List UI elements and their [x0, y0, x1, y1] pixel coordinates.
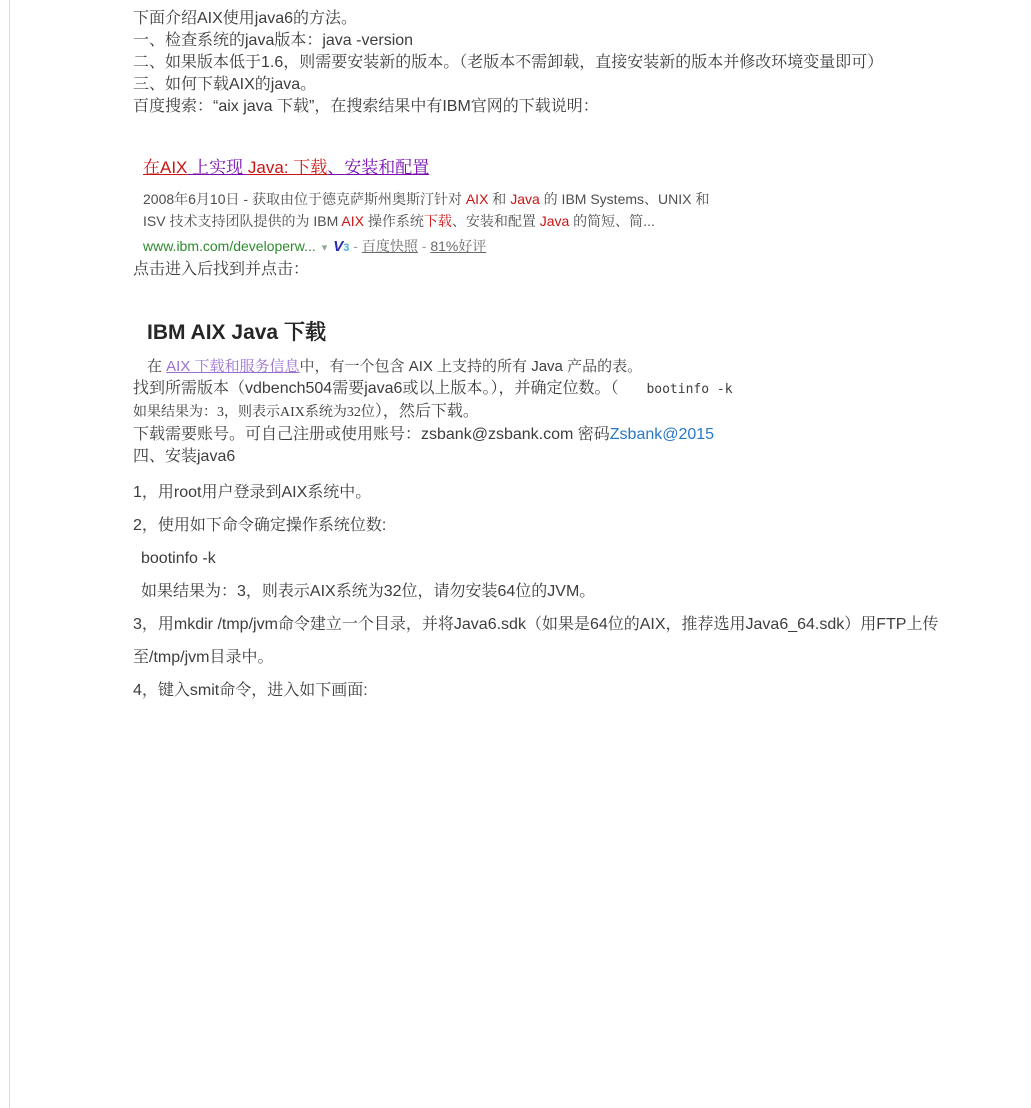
bootinfo-command-line: bootinfo -k	[141, 542, 995, 575]
separator: -	[349, 238, 361, 254]
baidu-snapshot-link[interactable]: 百度快照	[362, 238, 418, 254]
title-segment: 在AIX	[143, 158, 187, 177]
click-enter-text: 点击进入后找到并点击：	[133, 259, 995, 281]
result-32bit-small: 如果结果为：3，则表示AIX系统为32位	[133, 405, 375, 420]
desc-segment: 的简短、简...	[569, 213, 655, 229]
result-32bit-rest: ），然后下载。	[375, 403, 479, 420]
step-one-text: 一、检查系统的java版本：java -version	[133, 30, 995, 52]
desc-segment: 的 IBM Systems、UNIX 和	[540, 191, 710, 207]
step-three-text: 三、如何下载AIX的java。	[133, 74, 995, 96]
desc-segment: AIX	[341, 213, 364, 229]
aix-service-info-link[interactable]: AIX 下载和服务信息	[166, 358, 299, 375]
section-four-heading: 四、安装java6	[133, 446, 995, 468]
desc-segment: 2008年6月10日 - 获取由位于德克萨斯州奥斯汀针对	[143, 191, 466, 207]
ibm-download-section: IBM AIX Java 下载 在 AIX 下载和服务信息中，有一个包含 AIX…	[147, 319, 995, 378]
step-two-text: 二、如果版本低于1.6，则需要安装新的版本。（老版本不需卸载，直接安装新的版本并…	[133, 52, 995, 74]
install-step-3: 3，用mkdir /tmp/jvm命令建立一个目录，并将Java6.sdk（如果…	[133, 608, 995, 674]
search-result-title-link[interactable]: 在AIX 上实现 Java: 下载、安装和配置	[143, 156, 995, 180]
account-prefix: 下载需要账号。可自己注册或使用账号：zsbank@zsbank.com 密码	[133, 426, 610, 443]
intro-text: 下面介绍AIX使用java6的方法。	[133, 0, 995, 30]
baidu-v3-badge-icon: V3	[333, 238, 349, 254]
install-steps-list: 1，用root用户登录到AIX系统中。 2，使用如下命令确定操作系统位数: bo…	[133, 476, 995, 707]
separator: -	[418, 238, 430, 254]
account-info-text: 下载需要账号。可自己注册或使用账号：zsbank@zsbank.com 密码Zs…	[133, 424, 995, 446]
search-result-description-line1: 2008年6月10日 - 获取由位于德克萨斯州奥斯汀针对 AIX 和 Java …	[143, 188, 995, 210]
result-note-line: 如果结果为：3，则表示AIX系统为32位，请勿安装64位的JVM。	[141, 575, 995, 608]
ibm-aix-java-heading: IBM AIX Java 下载	[147, 319, 995, 347]
baidu-search-instruction: 百度搜索：“aix java 下载”，在搜索结果中有IBM官网的下载说明：	[133, 96, 995, 118]
document-content: 下面介绍AIX使用java6的方法。 一、检查系统的java版本：java -v…	[133, 0, 995, 707]
desc-segment: Java	[510, 191, 540, 207]
desc-segment: ISV 技术支持团队提供的为 IBM	[143, 213, 341, 229]
install-step-2: 2，使用如下命令确定操作系统位数:	[133, 509, 995, 542]
title-segment: 、安装和配置	[327, 158, 429, 177]
dropdown-arrow-icon[interactable]: ▾	[322, 242, 328, 254]
bootinfo-command-inline: bootinfo -k	[646, 382, 732, 397]
search-result-url[interactable]: www.ibm.com/developerw...	[143, 238, 316, 254]
ibm-line-prefix: 在	[147, 358, 166, 375]
ibm-line-suffix: 中，有一个包含 AIX 上支持的所有 Java 产品的表。	[300, 358, 643, 375]
title-segment: 上实现	[187, 158, 247, 177]
page-left-border	[9, 0, 10, 1108]
title-segment: Java: 下载	[248, 158, 327, 177]
search-result-description-line2: ISV 技术支持团队提供的为 IBM AIX 操作系统下载、安装和配置 Java…	[143, 210, 995, 232]
desc-segment: 、安装和配置	[452, 213, 540, 229]
rating-link[interactable]: 81%好评	[430, 238, 486, 254]
desc-segment: AIX	[466, 191, 489, 207]
result-32bit-text: 如果结果为：3，则表示AIX系统为32位），然后下载。	[133, 401, 995, 424]
install-step-4: 4，键入smit命令，进入如下画面:	[133, 674, 995, 707]
desc-segment: 下载	[424, 213, 452, 229]
search-result-url-line: www.ibm.com/developerw...▾V3 - 百度快照 - 81…	[143, 235, 995, 259]
desc-segment: 操作系统	[364, 213, 424, 229]
account-password: Zsbank@2015	[610, 426, 714, 443]
desc-segment: Java	[540, 213, 570, 229]
baidu-search-result: 在AIX 上实现 Java: 下载、安装和配置 2008年6月10日 - 获取由…	[143, 156, 995, 259]
document-page: 下面介绍AIX使用java6的方法。 一、检查系统的java版本：java -v…	[0, 0, 1031, 1108]
find-version-prefix: 找到所需版本（vdbench504需要java6或以上版本。），并确定位数。（	[133, 380, 618, 397]
find-version-text: 找到所需版本（vdbench504需要java6或以上版本。），并确定位数。（b…	[133, 378, 995, 401]
install-step-1: 1，用root用户登录到AIX系统中。	[133, 476, 995, 509]
desc-segment: 和	[488, 191, 510, 207]
ibm-section-line: 在 AIX 下载和服务信息中，有一个包含 AIX 上支持的所有 Java 产品的…	[147, 356, 995, 378]
